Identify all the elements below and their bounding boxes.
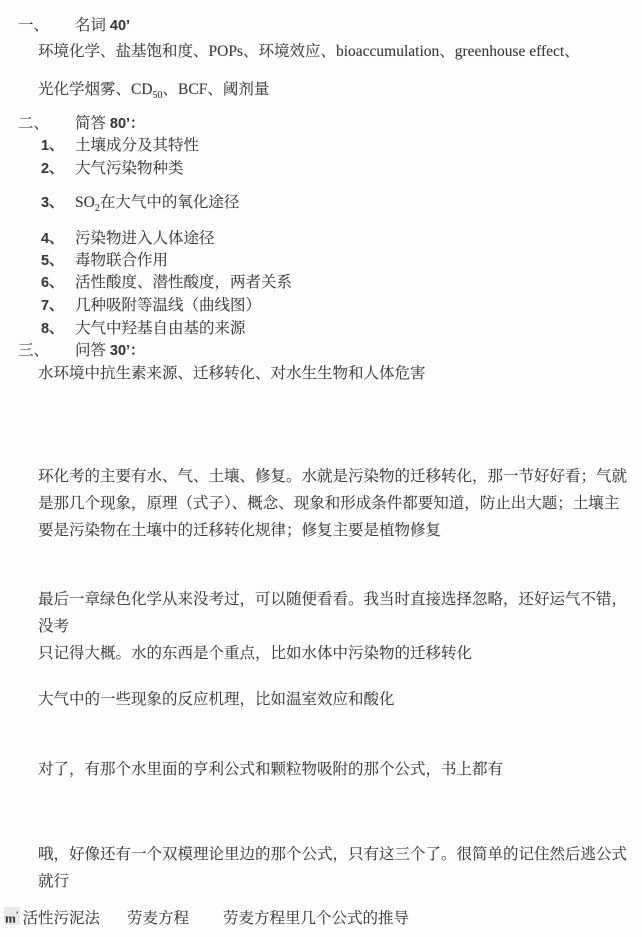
- list-item-6: 6、活性酸度、潜性酸度，两者关系: [41, 270, 292, 292]
- item-5-number: 5、: [41, 249, 75, 270]
- section-1-title: 名词: [75, 17, 110, 34]
- item-3-text: SO2在大气中的氧化途径: [75, 194, 239, 211]
- list-item-7: 7、几种吸附等温线（曲线图）: [41, 293, 261, 315]
- section-2-number: 二、: [18, 111, 75, 133]
- glyph-superscript: ’: [16, 910, 19, 919]
- footer-item-lawrence-mccarty: 劳麦方程: [127, 906, 189, 928]
- document-page: { "doc": { "sections": [ { "num": "一、", …: [0, 0, 642, 937]
- footer-item-activated-sludge: 活性污泥法: [23, 906, 101, 928]
- note-1-line-2: 是那几个现象，原理（式子）、概念、现象和形成条件都要知道，防止出大题；土壤主: [38, 490, 627, 517]
- section-1-score: 40’: [110, 18, 130, 34]
- item-6-number: 6、: [41, 271, 75, 292]
- note-2-line-3: 只记得大概。水的东西是个重点，比如水体中污染物的迁移转化: [38, 640, 627, 667]
- item-3-number: 3、: [41, 191, 75, 212]
- note-1-line-1: 环化考的主要有水、气、土壤、修复。水就是污染物的迁移转化，那一节好好看；气就: [38, 463, 627, 490]
- section-3-score: 30’：: [110, 343, 145, 359]
- note-2-line-1: 最后一章绿色化学从来没考过，可以随便看看。我当时直接选择忽略，还好运气不错，: [38, 586, 627, 613]
- item-7-text: 几种吸附等温线（曲线图）: [75, 297, 261, 314]
- note-paragraph-4: 对了，有那个水里面的亨利公式和颗粒物吸附的那个公式，书上都有: [38, 757, 503, 779]
- section-3-number: 三、: [18, 338, 75, 360]
- item-1-number: 1、: [41, 134, 75, 155]
- item-6-text: 活性酸度、潜性酸度，两者关系: [75, 274, 292, 291]
- section-1-heading: 一、名词 40’: [18, 13, 130, 35]
- item-8-text: 大气中羟基自由基的来源: [75, 320, 246, 337]
- note-5-line-2: 就行: [38, 868, 627, 895]
- item-4-number: 4、: [41, 227, 75, 248]
- note-5-line-1: 哦，好像还有一个双模理论里边的那个公式，只有这三个了。很简单的记住然后逃公式: [38, 841, 627, 868]
- note-1-line-3: 要是污染物在土壤中的迁移转化规律；修复主要是植物修复: [38, 517, 627, 544]
- section-3-content: 水环境中抗生素来源、迁移转化、对水生生物和人体危害: [38, 361, 426, 383]
- list-item-8: 8、大气中羟基自由基的来源: [41, 316, 246, 338]
- note-paragraph-1: 环化考的主要有水、气、土壤、修复。水就是污染物的迁移转化，那一节好好看；气就 是…: [38, 463, 627, 544]
- item-4-text: 污染物进入人体途径: [75, 230, 215, 247]
- note-paragraph-5: 哦，好像还有一个双模理论里边的那个公式，只有这三个了。很简单的记住然后逃公式 就…: [38, 841, 627, 895]
- so2-suffix: 在大气中的氧化途径: [100, 194, 240, 211]
- item-2-text: 大气污染物种类: [75, 160, 184, 177]
- terms-prefix: 光化学烟雾、CD: [38, 81, 153, 98]
- section-1-terms-line-2: 光化学烟雾、CD50、BCF、阈剂量: [38, 77, 269, 99]
- item-2-number: 2、: [41, 157, 75, 178]
- list-item-1: 1、土壤成分及其特性: [41, 133, 199, 155]
- section-2-title: 简答: [75, 115, 110, 132]
- section-1-number: 一、: [18, 13, 75, 35]
- so2-prefix: SO: [75, 194, 95, 211]
- list-item-5: 5、毒物联合作用: [41, 248, 168, 270]
- glyph-base: m: [5, 910, 16, 925]
- section-3-heading: 三、问答 30’：: [18, 338, 145, 360]
- note-paragraph-2: 最后一章绿色化学从来没考过，可以随便看看。我当时直接选择忽略，还好运气不错， 没…: [38, 586, 627, 667]
- terms-suffix: 、BCF、阈剂量: [163, 81, 270, 98]
- cd50-subscript: 50: [153, 90, 163, 101]
- section-2-score: 80’：: [110, 116, 145, 132]
- item-7-number: 7、: [41, 294, 75, 315]
- section-3-title: 问答: [75, 342, 110, 359]
- note-paragraph-3: 大气中的一些现象的反应机理，比如温室效应和酸化: [38, 687, 395, 709]
- list-item-2: 2、大气污染物种类: [41, 156, 184, 178]
- list-item-3: 3、SO2在大气中的氧化途径: [41, 190, 239, 212]
- footer-line: m’ 活性污泥法 劳麦方程 劳麦方程里几个公式的推导: [4, 906, 409, 928]
- list-item-4: 4、污染物进入人体途径: [41, 226, 215, 248]
- item-8-number: 8、: [41, 317, 75, 338]
- note-2-line-2: 没考: [38, 613, 627, 640]
- m-prime-glyph-icon: m’: [4, 907, 20, 925]
- footer-item-formula-derivation: 劳麦方程里几个公式的推导: [223, 906, 409, 928]
- item-1-text: 土壤成分及其特性: [75, 137, 199, 154]
- section-2-heading: 二、简答 80’：: [18, 111, 145, 133]
- item-5-text: 毒物联合作用: [75, 252, 168, 269]
- section-1-terms-line-1: 环境化学、盐基饱和度、POPs、环境效应、bioaccumulation、gre…: [38, 39, 580, 61]
